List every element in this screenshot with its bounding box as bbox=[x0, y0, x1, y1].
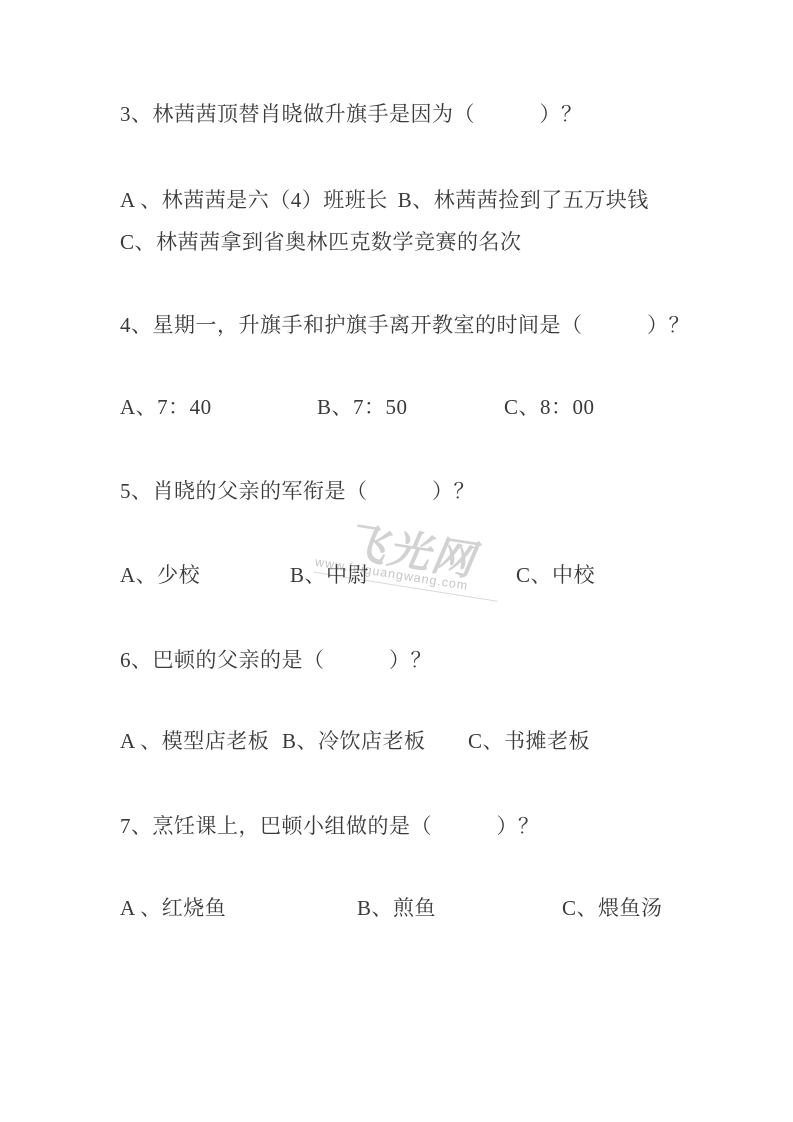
question-6-option-c: C、书摊老板 bbox=[468, 727, 590, 755]
question-3-option-c: C、林茜茜拿到省奥林匹克数学竞赛的名次 bbox=[120, 228, 522, 256]
question-6-prompt: 6、巴顿的父亲的是（ ）？ bbox=[120, 646, 432, 674]
question-3-options-line-1: A 、林茜茜是六（4）班班长 B、林茜茜捡到了五万块钱 bbox=[120, 186, 649, 214]
question-4-option-a: A、7：40 bbox=[120, 393, 212, 421]
question-7-option-a: A 、红烧鱼 bbox=[120, 894, 226, 922]
question-7-options: A 、红烧鱼 B、煎鱼 C、煨鱼汤 bbox=[0, 894, 793, 922]
question-7-prompt: 7、烹饪课上，巴顿小组做的是（ ）？ bbox=[120, 812, 540, 840]
question-4-options: A、7：40 B、7：50 C、8：00 bbox=[0, 393, 793, 421]
question-5-option-b: B、中尉 bbox=[290, 561, 369, 589]
question-3-prompt: 3、林茜茜顶替肖晓做升旗手是因为（ ）？ bbox=[120, 100, 583, 128]
question-5-option-a: A、少校 bbox=[120, 561, 200, 589]
question-3-option-b: B、林茜茜捡到了五万块钱 bbox=[398, 186, 649, 214]
question-3-option-a: A 、林茜茜是六（4）班班长 bbox=[120, 186, 388, 214]
question-7-option-b: B、煎鱼 bbox=[357, 894, 436, 922]
question-5-options: A、少校 B、中尉 C、中校 bbox=[0, 561, 793, 589]
question-7-option-c: C、煨鱼汤 bbox=[562, 894, 663, 922]
document-page: 飞光网 www.feiguangwang.com 3、林茜茜顶替肖晓做升旗手是因… bbox=[0, 0, 793, 1122]
question-4-option-c: C、8：00 bbox=[504, 393, 595, 421]
question-5-option-c: C、中校 bbox=[516, 561, 595, 589]
question-5-prompt: 5、肖晓的父亲的军衔是（ ）？ bbox=[120, 477, 475, 505]
question-4-option-b: B、7：50 bbox=[317, 393, 408, 421]
question-6-option-a: A 、模型店老板 bbox=[120, 727, 269, 755]
question-4-prompt: 4、星期一，升旗手和护旗手离开教室的时间是（ ）？ bbox=[120, 311, 690, 339]
question-6-option-b: B、冷饮店老板 bbox=[282, 727, 426, 755]
question-6-options: A 、模型店老板 B、冷饮店老板 C、书摊老板 bbox=[0, 727, 793, 755]
